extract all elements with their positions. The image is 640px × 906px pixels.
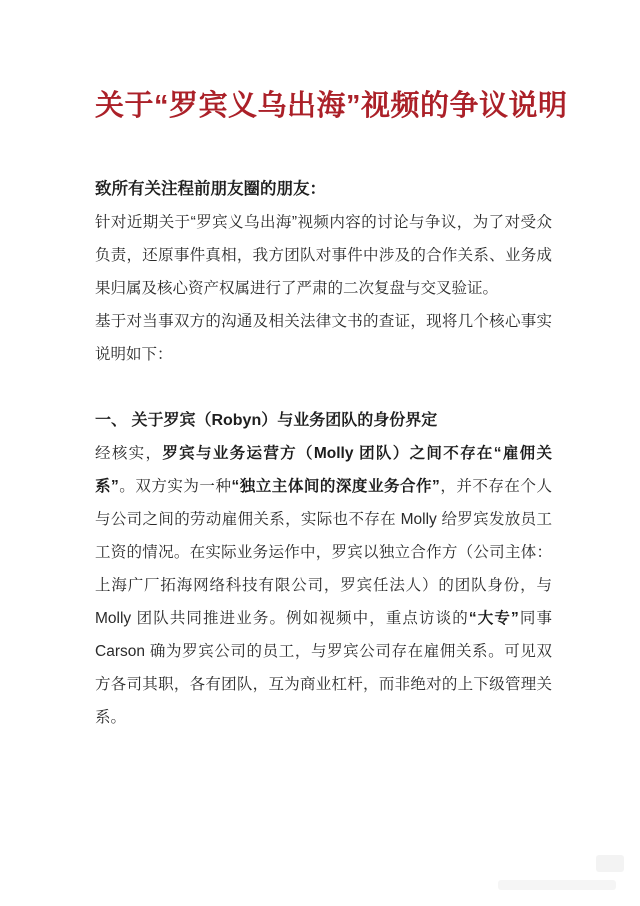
body-text: 经核实， <box>95 445 162 462</box>
emphasis-text: “独立主体间的深度业务合作” <box>231 478 439 495</box>
document-content: 关于“罗宾义乌出海”视频的争议说明 致所有关注程前朋友圈的朋友： 针对近期关于“… <box>95 0 552 734</box>
document-page: 关于“罗宾义乌出海”视频的争议说明 致所有关注程前朋友圈的朋友： 针对近期关于“… <box>0 0 640 906</box>
intro-paragraph-1: 针对近期关于“罗宾义乌出海”视频内容的讨论与争议，为了对受众负责，还原事件真相，… <box>95 206 552 305</box>
body-text: 。双方实为一种 <box>119 478 232 495</box>
watermark-logo <box>596 855 624 872</box>
salutation-line: 致所有关注程前朋友圈的朋友： <box>95 173 552 206</box>
page-title: 关于“罗宾义乌出海”视频的争议说明 <box>95 86 552 127</box>
section-1-paragraph: 经核实，罗宾与业务运营方（Molly 团队）之间不存在“雇佣关系”。双方实为一种… <box>95 437 552 734</box>
emphasis-text: “大专” <box>469 610 519 627</box>
watermark-text <box>498 880 616 890</box>
section-1-heading: 一、 关于罗宾（Robyn）与业务团队的身份界定 <box>95 404 552 437</box>
intro-paragraph-2: 基于对当事双方的沟通及相关法律文书的查证，现将几个核心事实说明如下： <box>95 305 552 371</box>
body-text: ，并不存在个人与公司之间的劳动雇佣关系，实际也不存在 Molly 给罗宾发放员工… <box>95 478 552 627</box>
